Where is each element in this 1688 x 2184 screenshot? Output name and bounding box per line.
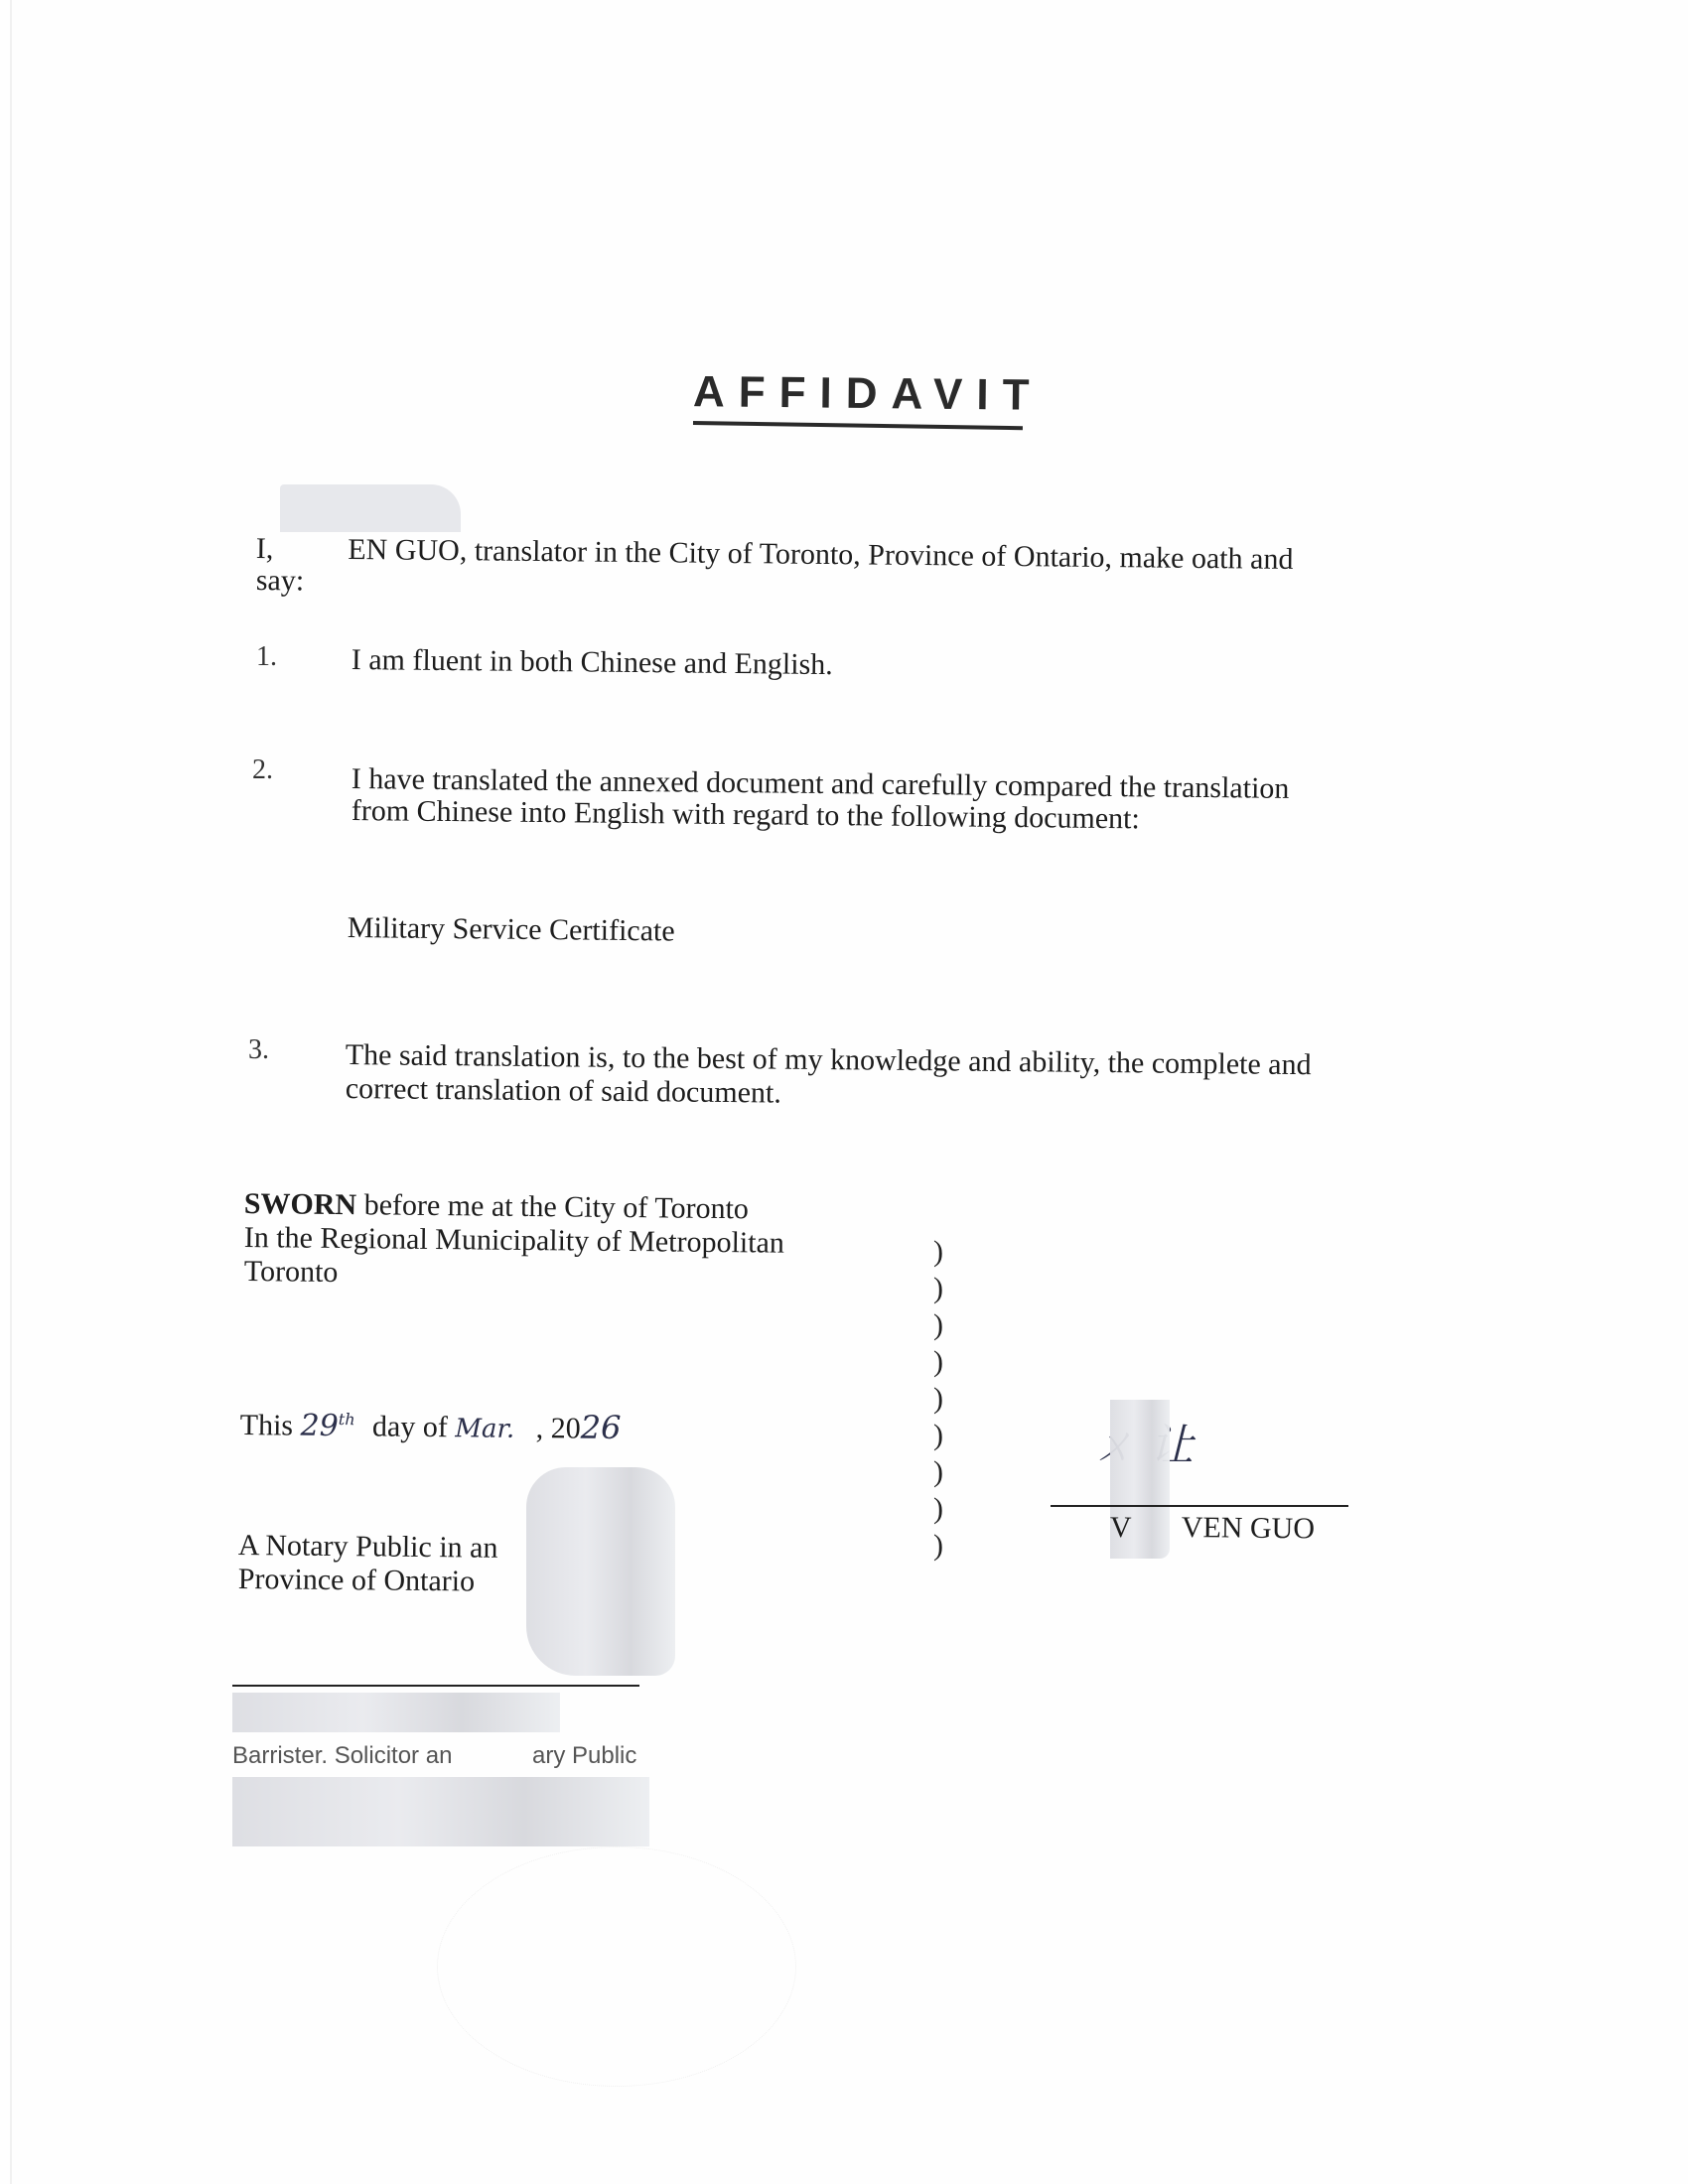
handwritten-day-suffix: th (339, 1410, 355, 1429)
jurat-date-line: This 29th day of Mar. , 2026 (240, 1402, 622, 1447)
notary-address-redaction (232, 1777, 649, 1846)
jurat-line-2: In the Regional Municipality of Metropol… (244, 1221, 784, 1261)
bracket-mark: ) (933, 1455, 943, 1489)
item-1-text: I am fluent in both Chinese and English. (352, 643, 833, 682)
intro-rest: translator in the City of Toronto, Provi… (475, 534, 1294, 576)
bracket-mark: ) (933, 1529, 943, 1563)
jurat-line-1: SWORN before me at the City of Toronto (244, 1187, 749, 1226)
bracket-mark: ) (933, 1235, 943, 1269)
sworn-label: SWORN (244, 1187, 357, 1221)
redaction-mosaic (280, 484, 461, 532)
bracket-mark: ) (933, 1272, 943, 1305)
item-number: 2. (252, 754, 273, 786)
bracket-mark: ) (933, 1345, 943, 1379)
faint-stamp-impression (437, 1846, 796, 2087)
notary-name-redaction (232, 1693, 560, 1732)
document-page: AFFIDAVIT I, EN GUO, translator in the C… (0, 0, 1688, 2184)
notary-signature-line (232, 1685, 639, 1687)
translator-signature-line (1051, 1505, 1348, 1507)
jurat-location: before me at the City of Toronto (364, 1188, 750, 1225)
item-2-line-2: from Chinese into English with regard to… (352, 794, 1140, 836)
intro-line-2: say: (256, 564, 305, 599)
translator-name-prefix: V (1110, 1511, 1132, 1545)
item-number: 3. (248, 1034, 269, 1066)
handwritten-day: 29 (300, 1409, 339, 1443)
bracket-mark: ) (933, 1419, 943, 1452)
intro-line-1: I, EN GUO, translator in the City of Tor… (256, 532, 1294, 577)
notary-stamp-redaction (526, 1467, 675, 1676)
translator-printed-name: VEN GUO (1182, 1511, 1316, 1546)
handwritten-year: 26 (581, 1409, 622, 1446)
intro-prefix: I, (256, 532, 274, 565)
title-underline (693, 421, 1023, 430)
bracket-mark: ) (933, 1382, 943, 1416)
bracket-mark: ) (933, 1308, 943, 1342)
scan-edge (10, 0, 12, 2184)
date-prefix: This (240, 1409, 294, 1442)
notary-title-left: Barrister. Solicitor an (232, 1742, 452, 1770)
date-year-prefix: , 20 (536, 1412, 581, 1444)
item-3-line-2: correct translation of said document. (346, 1072, 781, 1111)
date-mid: day of (372, 1410, 448, 1443)
notary-line-1: A Notary Public in an (238, 1529, 498, 1566)
notary-line-2: Province of Ontario (238, 1563, 476, 1598)
jurat-line-3: Toronto (244, 1255, 339, 1290)
notary-title-right: ary Public (532, 1742, 636, 1770)
handwritten-month: Mar. (455, 1414, 514, 1444)
translator-name-partial: EN GUO, (348, 533, 467, 567)
referenced-document-name: Military Service Certificate (348, 911, 675, 948)
bracket-mark: ) (933, 1492, 943, 1526)
item-number: 1. (256, 641, 277, 673)
document-title: AFFIDAVIT (693, 367, 1044, 421)
